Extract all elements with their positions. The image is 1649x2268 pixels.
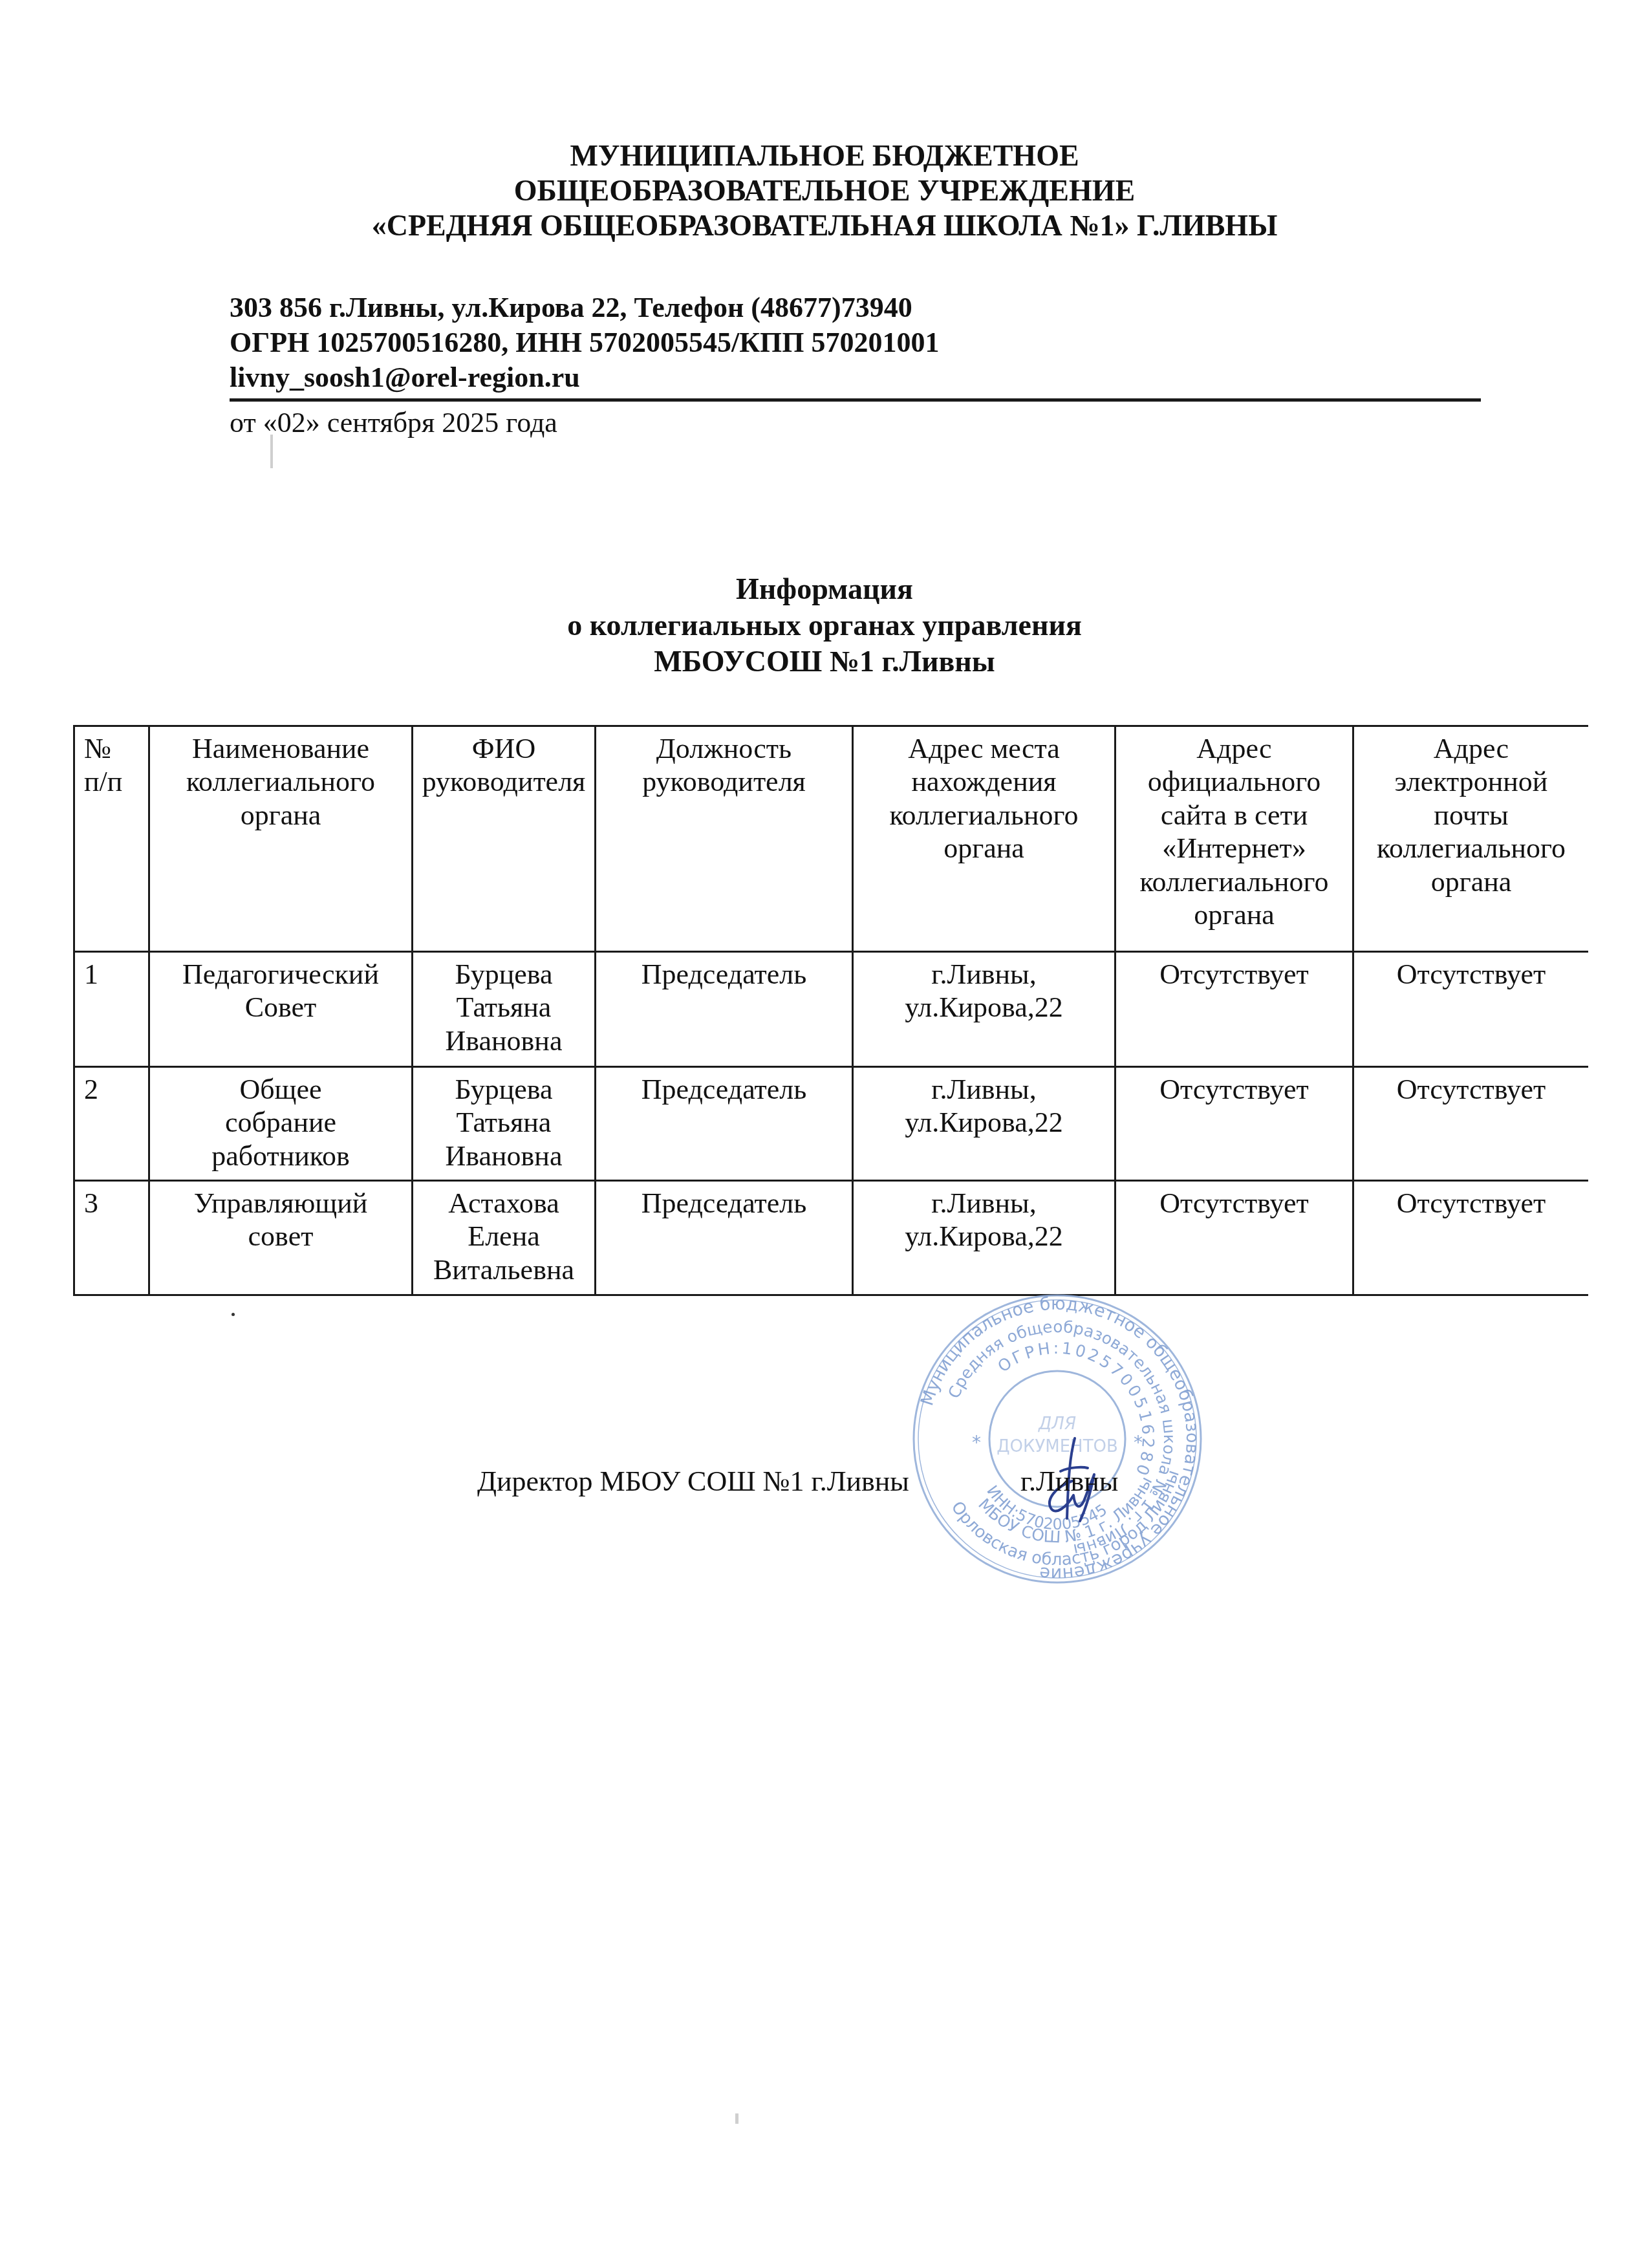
email: Отсутствует bbox=[1353, 1181, 1589, 1295]
header-number: №п/п bbox=[74, 726, 149, 952]
director-trailing-text: г.Ливны bbox=[1020, 1465, 1118, 1497]
head-fio: БурцеваТатьянаИвановна bbox=[413, 1067, 596, 1181]
location-address: г.Ливны,ул.Кирова,22 bbox=[853, 952, 1115, 1067]
letterhead-rule bbox=[230, 398, 1481, 402]
document-date: от «02» сентября 2025 года bbox=[230, 406, 557, 439]
website: Отсутствует bbox=[1115, 1181, 1353, 1295]
org-name-line-3: «СРЕДНЯЯ ОБЩЕОБРАЗОВАТЕЛЬНАЯ ШКОЛА №1» Г… bbox=[0, 208, 1649, 243]
table-row: 2 Общеесобраниеработников БурцеваТатьяна… bbox=[74, 1067, 1589, 1181]
table-header-row: №п/п Наименованиеколлегиальногооргана ФИ… bbox=[74, 726, 1589, 952]
header-location-address: Адрес местанахожденияколлегиальногоорган… bbox=[853, 726, 1115, 952]
scan-artifact bbox=[735, 2113, 738, 2124]
head-fio: АстаховаЕленаВитальевна bbox=[413, 1181, 596, 1295]
svg-text:*: * bbox=[1134, 1432, 1143, 1453]
header-head-fio: ФИОруководителя bbox=[413, 726, 596, 952]
row-number: 1 bbox=[74, 952, 149, 1067]
head-fio: БурцеваТатьянаИвановна bbox=[413, 952, 596, 1067]
header-website: Адресофициальногосайта в сети«Интернет»к… bbox=[1115, 726, 1353, 952]
email-link[interactable]: livny_soosh1@orel-region.ru bbox=[230, 361, 580, 394]
registration-line: ОГРН 1025700516280, ИНН 5702005545/КПП 5… bbox=[230, 326, 940, 359]
email: Отсутствует bbox=[1353, 952, 1589, 1067]
body-name: Управляющийсовет bbox=[149, 1181, 413, 1295]
title-line-1: Информация bbox=[0, 572, 1649, 606]
address-line: 303 856 г.Ливны, ул.Кирова 22, Телефон (… bbox=[230, 291, 912, 324]
org-name-line-2: ОБЩЕОБРАЗОВАТЕЛЬНОЕ УЧРЕЖДЕНИЕ bbox=[0, 173, 1649, 208]
header-head-position: Должностьруководителя bbox=[596, 726, 853, 952]
svg-text:ДЛЯ: ДЛЯ bbox=[1038, 1414, 1076, 1434]
table-row: 1 ПедагогическийСовет БурцеваТатьянаИван… bbox=[74, 952, 1589, 1067]
row-number: 2 bbox=[74, 1067, 149, 1181]
scan-artifact bbox=[270, 435, 273, 468]
title-line-2: о коллегиальных органах управления bbox=[0, 608, 1649, 642]
website: Отсутствует bbox=[1115, 1067, 1353, 1181]
head-position: Председатель bbox=[596, 952, 853, 1067]
location-address: г.Ливны,ул.Кирова,22 bbox=[853, 1067, 1115, 1181]
svg-text:*: * bbox=[972, 1432, 981, 1453]
body-name: Общеесобраниеработников bbox=[149, 1067, 413, 1181]
director-signature-line: Директор МБОУ СОШ №1 г.Ливны г.Ливны bbox=[477, 1465, 1118, 1498]
body-name: ПедагогическийСовет bbox=[149, 952, 413, 1067]
head-position: Председатель bbox=[596, 1181, 853, 1295]
website: Отсутствует bbox=[1115, 952, 1353, 1067]
email: Отсутствует bbox=[1353, 1067, 1589, 1181]
header-email: Адресэлектроннойпочтыколлегиальногоорган… bbox=[1353, 726, 1589, 952]
table-row: 3 Управляющийсовет АстаховаЕленаВитальев… bbox=[74, 1181, 1589, 1295]
org-name-line-1: МУНИЦИПАЛЬНОЕ БЮДЖЕТНОЕ bbox=[0, 138, 1649, 173]
location-address: г.Ливны,ул.Кирова,22 bbox=[853, 1181, 1115, 1295]
head-position: Председатель bbox=[596, 1067, 853, 1181]
stray-dot bbox=[232, 1313, 235, 1316]
collegial-bodies-table: №п/п Наименованиеколлегиальногооргана ФИ… bbox=[73, 725, 1588, 1296]
header-body-name: Наименованиеколлегиальногооргана bbox=[149, 726, 413, 952]
row-number: 3 bbox=[74, 1181, 149, 1295]
director-label: Директор МБОУ СОШ №1 г.Ливны bbox=[477, 1465, 909, 1497]
title-line-3: МБОУСОШ №1 г.Ливны bbox=[0, 644, 1649, 678]
